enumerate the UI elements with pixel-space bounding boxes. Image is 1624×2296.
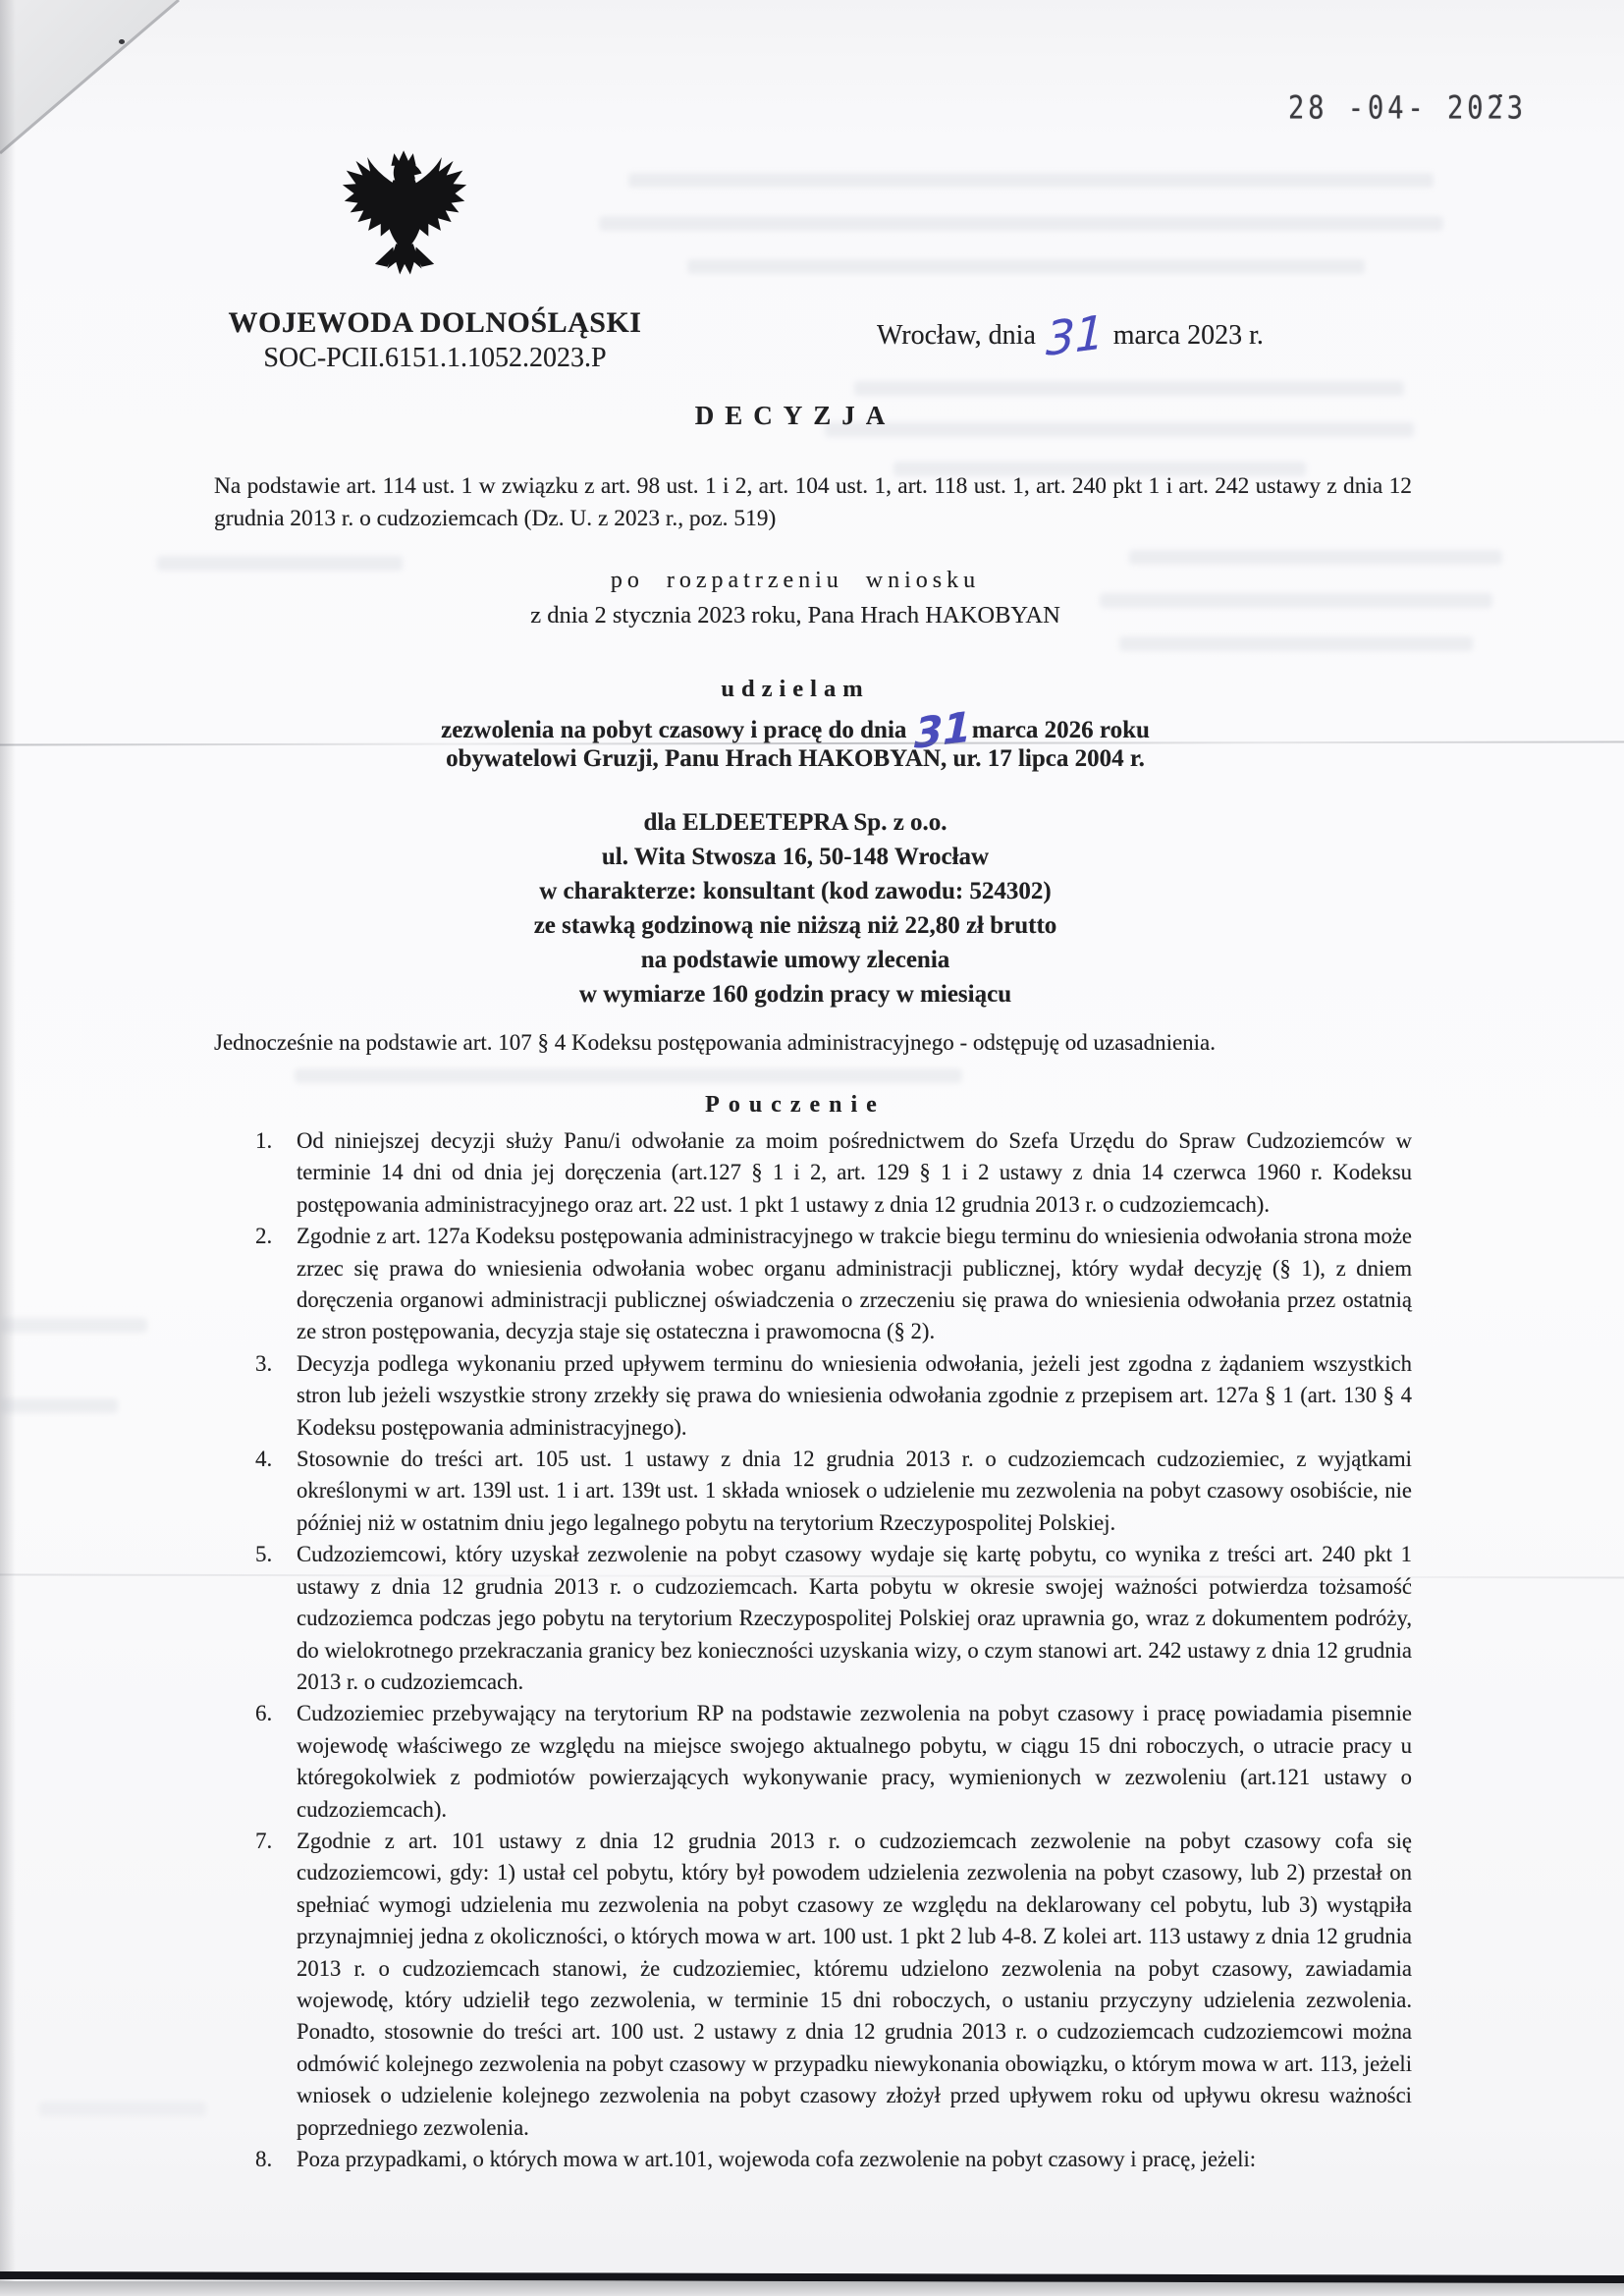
- employer-block: dla ELDEETEPRA Sp. z o.o. ul. Wita Stwos…: [167, 805, 1424, 1011]
- item-text: Cudzoziemiec przebywający na terytorium …: [297, 1698, 1412, 1826]
- employer-wage: ze stawką godzinową nie niższą niż 22,80…: [167, 908, 1424, 943]
- instruction-title: Pouczenie: [167, 1092, 1424, 1119]
- place-date-suffix: marca 2023 r.: [1113, 320, 1264, 351]
- instruction-list: 1.Od niniejszej decyzji służy Panu/i odw…: [255, 1125, 1412, 2175]
- handwritten-day: 31: [1046, 314, 1105, 358]
- application-line: z dnia 2 stycznia 2023 roku, Pana Hrach …: [167, 602, 1424, 629]
- instruction-item: 8.Poza przypadkami, o których mowa w art…: [255, 2144, 1412, 2175]
- item-number: 2.: [255, 1221, 297, 1348]
- justification-waiver: Jednocześnie na podstawie art. 107 § 4 K…: [214, 1030, 1417, 1056]
- item-text: Zgodnie z art. 101 ustawy z dnia 12 grud…: [297, 1826, 1412, 2144]
- item-text: Zgodnie z art. 127a Kodeksu postępowania…: [297, 1221, 1412, 1348]
- item-number: 5.: [255, 1539, 297, 1698]
- item-number: 8.: [255, 2144, 297, 2175]
- instruction-item: 3.Decyzja podlega wykonaniu przed upływe…: [255, 1348, 1412, 1444]
- scan-speck: [119, 39, 125, 44]
- item-number: 7.: [255, 1826, 297, 2144]
- item-number: 1.: [255, 1125, 297, 1221]
- employer-position: w charakterze: konsultant (kod zawodu: 5…: [167, 874, 1424, 908]
- polish-eagle-emblem-icon: [339, 147, 472, 302]
- decision-title: DECYZJA: [167, 401, 1424, 431]
- grant-line-1: zezwolenia na pobyt czasowy i pracę do d…: [167, 707, 1424, 744]
- scan-left-shadow: [0, 0, 16, 2296]
- item-number: 3.: [255, 1348, 297, 1444]
- grant-word: udzielam: [167, 676, 1424, 703]
- instruction-item: 7.Zgodnie z art. 101 ustawy z dnia 12 gr…: [255, 1826, 1412, 2144]
- item-text: Od niniejszej decyzji służy Panu/i odwoł…: [297, 1125, 1412, 1221]
- after-review-line: po rozpatrzeniu wniosku: [167, 568, 1424, 594]
- instruction-item: 1.Od niniejszej decyzji służy Panu/i odw…: [255, 1125, 1412, 1221]
- scanner-background: [0, 2281, 1624, 2296]
- item-number: 6.: [255, 1698, 297, 1826]
- place-date-prefix: Wrocław, dnia: [877, 320, 1036, 351]
- grant-line-2: obywatelowi Gruzji, Panu Hrach HAKOBYAN,…: [167, 745, 1424, 773]
- employer-line: dla ELDEETEPRA Sp. z o.o.: [167, 805, 1424, 840]
- legal-basis-paragraph: Na podstawie art. 114 ust. 1 w związku z…: [214, 470, 1412, 535]
- item-text: Stosownie do treści art. 105 ust. 1 usta…: [297, 1444, 1412, 1539]
- folded-corner: [0, 0, 179, 153]
- instruction-item: 2.Zgodnie z art. 127a Kodeksu postępowan…: [255, 1221, 1412, 1348]
- case-number: SOC-PCII.6151.1.1052.2023.P: [145, 343, 725, 374]
- item-number: 4.: [255, 1444, 297, 1539]
- instruction-item: 4.Stosownie do treści art. 105 ust. 1 us…: [255, 1444, 1412, 1539]
- employer-hours: w wymiarze 160 godzin pracy w miesiącu: [167, 977, 1424, 1011]
- place-date-line: Wrocław, dnia31 marca 2023 r.: [877, 310, 1264, 352]
- grant-line1-prefix: zezwolenia na pobyt czasowy i pracę do d…: [441, 717, 906, 743]
- received-date-stamp: 28 -04- 2023: [1288, 90, 1527, 127]
- item-text: Cudzoziemcowi, który uzyskał zezwolenie …: [297, 1539, 1412, 1698]
- grant-line1-suffix: marca 2026 roku: [972, 717, 1150, 743]
- item-text: Poza przypadkami, o których mowa w art.1…: [297, 2144, 1412, 2175]
- scanned-decision-page: { "page": { "stamp_date": "28 -04- 2023"…: [0, 0, 1624, 2296]
- authority-name: WOJEWODA DOLNOŚLĄSKI: [145, 306, 725, 340]
- instruction-item: 5.Cudzoziemcowi, który uzyskał zezwoleni…: [255, 1539, 1412, 1698]
- instruction-item: 6.Cudzoziemiec przebywający na terytoriu…: [255, 1698, 1412, 1826]
- employer-contract: na podstawie umowy zlecenia: [167, 943, 1424, 977]
- employer-address: ul. Wita Stwosza 16, 50-148 Wrocław: [167, 840, 1424, 874]
- item-text: Decyzja podlega wykonaniu przed upływem …: [297, 1348, 1412, 1444]
